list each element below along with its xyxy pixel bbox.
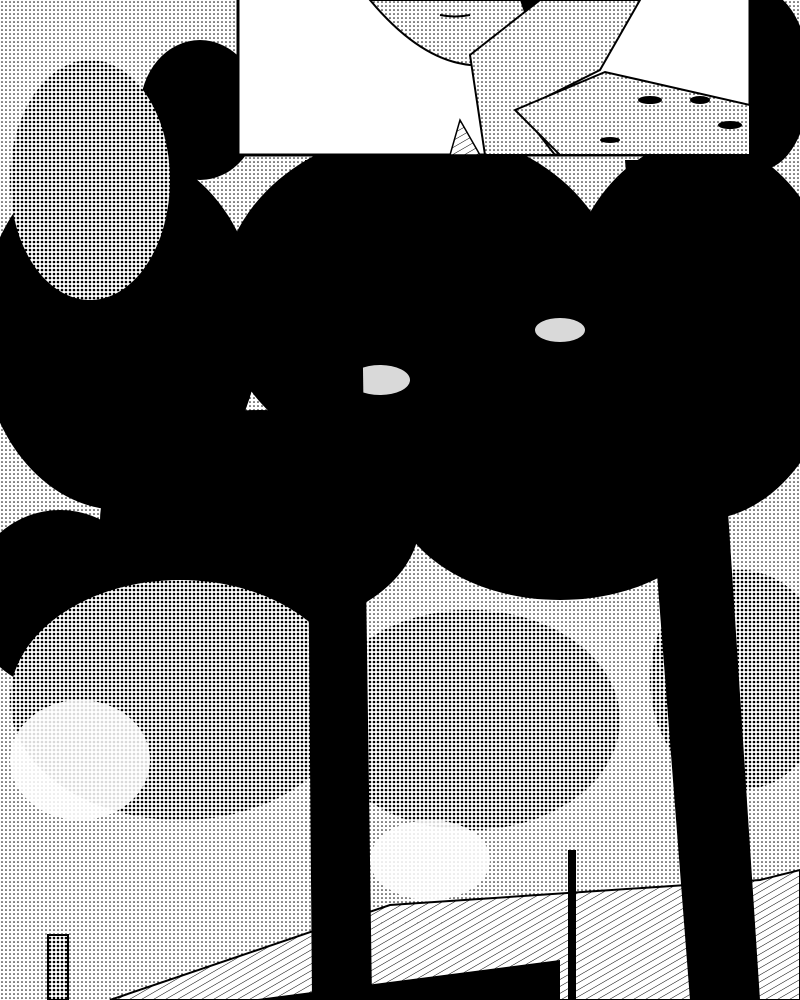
manga-page (0, 0, 800, 1000)
top-panel (238, 0, 750, 155)
pole (568, 850, 576, 1000)
forest-illustration (0, 0, 800, 1000)
chimney (48, 935, 68, 1000)
